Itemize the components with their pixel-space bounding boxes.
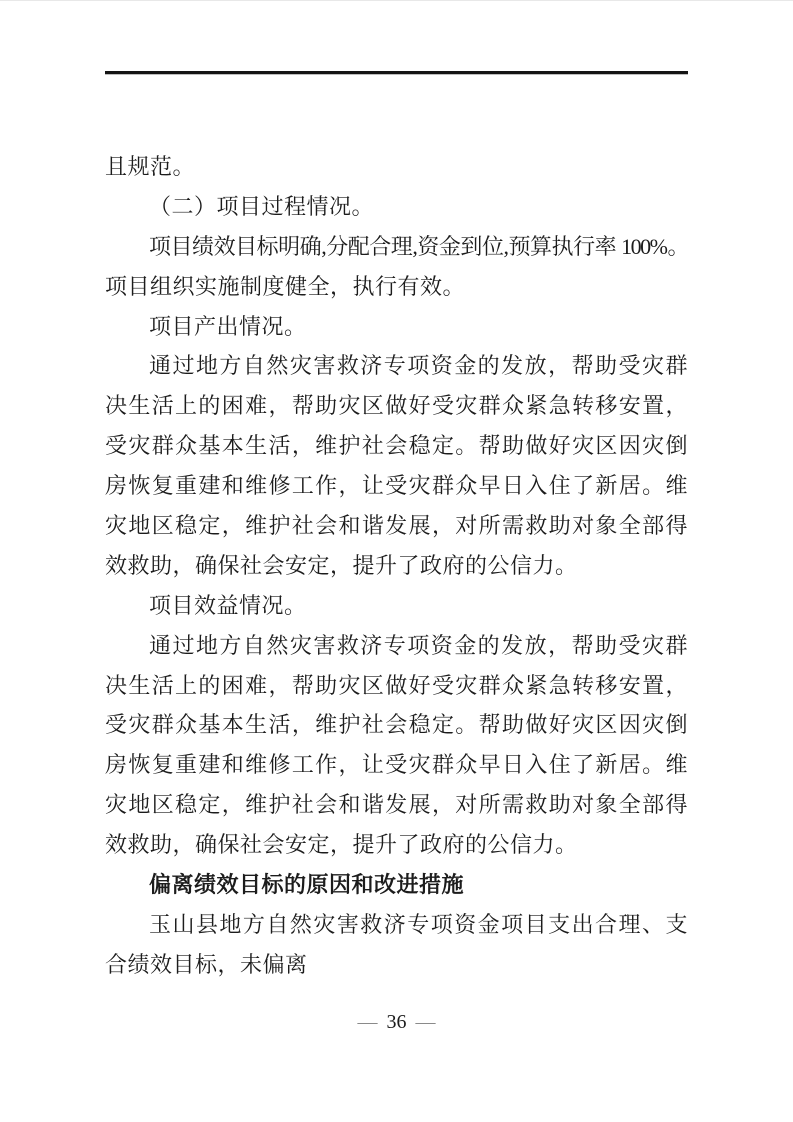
text-line: 项目组织实施制度健全，执行有效。 xyxy=(105,267,688,307)
text-line: 合绩效目标，未偏离 xyxy=(105,945,688,985)
text-line: （二）项目过程情况。 xyxy=(105,187,688,227)
document-lines: 且规范。（二）项目过程情况。项目绩效目标明确,分配合理,资金到位,预算执行率 1… xyxy=(105,147,688,985)
text-line: 项目产出情况。 xyxy=(105,307,688,347)
document-page: 且规范。（二）项目过程情况。项目绩效目标明确,分配合理,资金到位,预算执行率 1… xyxy=(0,0,793,1122)
text-line: 效救助，确保社会安定，提升了政府的公信力。 xyxy=(105,825,688,865)
page-footer: —36— xyxy=(0,1007,793,1037)
text-line: 灾地区稳定，维护社会和谐发展，对所需救助对象全部得到有 xyxy=(105,506,688,546)
text-line: 偏离绩效目标的原因和改进措施 xyxy=(105,865,688,905)
text-line: 且规范。 xyxy=(105,147,688,187)
page-number-dash-right: — xyxy=(407,1011,445,1033)
text-line: 效救助，确保社会安定，提升了政府的公信力。 xyxy=(105,546,688,586)
text-line: 房恢复重建和维修工作，让受灾群众早日入住了新居。维持受 xyxy=(105,745,688,785)
text-line: 灾地区稳定，维护社会和谐发展，对所需救助对象全部得到有 xyxy=(105,785,688,825)
page-number-dash-left: — xyxy=(349,1011,387,1033)
text-line: 受灾群众基本生活，维护社会稳定。帮助做好灾区因灾倒损民 xyxy=(105,705,688,745)
text-line: 项目效益情况。 xyxy=(105,586,688,626)
text-line: 受灾群众基本生活，维护社会稳定。帮助做好灾区因灾倒损民 xyxy=(105,426,688,466)
text-line: 通过地方自然灾害救济专项资金的发放，帮助受灾群众解 xyxy=(105,346,688,386)
text-line: 项目绩效目标明确,分配合理,资金到位,预算执行率 100%。 xyxy=(105,227,688,267)
text-line: 玉山县地方自然灾害救济专项资金项目支出合理、支出符 xyxy=(105,905,688,945)
text-line: 房恢复重建和维修工作，让受灾群众早日入住了新居。维持受 xyxy=(105,466,688,506)
page-number: 36 xyxy=(387,1011,407,1033)
text-line: 通过地方自然灾害救济专项资金的发放，帮助受灾群众解 xyxy=(105,626,688,666)
text-line: 决生活上的困难，帮助灾区做好受灾群众紧急转移安置，保障 xyxy=(105,666,688,706)
text-line: 决生活上的困难，帮助灾区做好受灾群众紧急转移安置，保障 xyxy=(105,386,688,426)
header-rule xyxy=(105,71,688,75)
